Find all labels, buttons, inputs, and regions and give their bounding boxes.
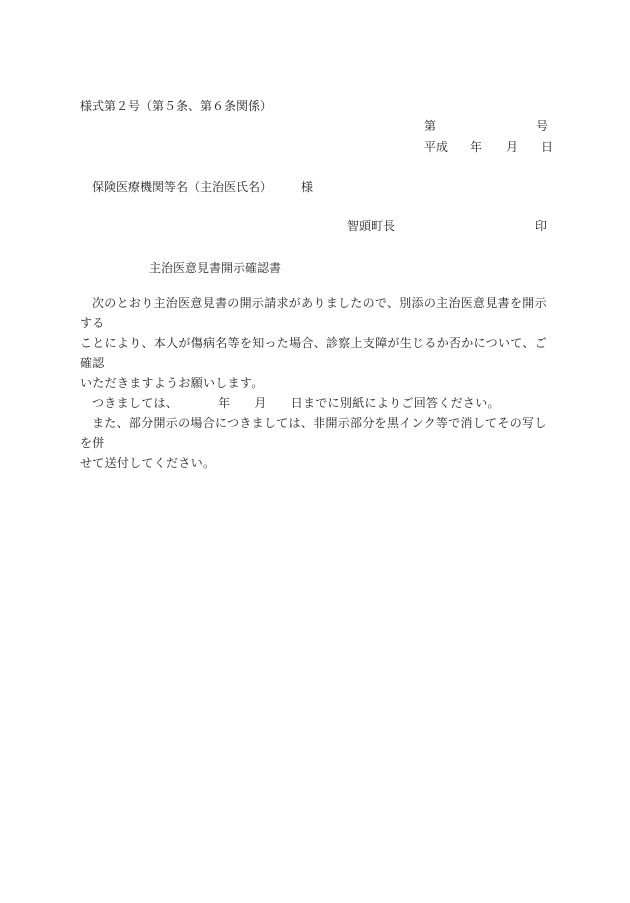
document-title: 主治医意見書開示確認書 [149,259,281,276]
paragraph-3-line-1: また、部分開示の場合につきましては、非開示部分を黒インク等で消してその写しを併 [80,413,552,453]
paragraph-3-line-2: せて送付してください。 [80,453,552,473]
paragraph-1-line-1: 次のとおり主治医意見書の開示請求がありましたので、別添の主治医意見書を開示する [80,293,552,333]
doc-number-suffix: 号 [536,117,548,134]
reply-year: 年 [218,396,230,410]
paragraph-2: つきましては、年月日までに別紙によりご回答ください。 [80,393,552,413]
seal-mark: 印 [535,217,547,234]
paragraph-1-line-2: ことにより、本人が傷病名等を知った場合、診察上支障が生じるか否かについて、ご確認 [80,333,552,373]
date-month: 月 [506,138,518,155]
paragraph-1-line-3: いただきますようお願いします。 [80,373,552,393]
date-era: 平成 [424,138,448,155]
sender-title: 智頭町長 [347,217,395,234]
date-year: 年 [470,138,482,155]
form-header: 様式第２号（第５条、第６条関係） [80,97,272,114]
date-day: 日 [541,138,553,155]
addressee-honorific: 様 [301,178,313,195]
addressee-label: 保険医療機関等名（主治医氏名） [92,178,272,195]
paragraph-2-start: つきましては、 [92,396,178,410]
reply-month: 月 [254,396,266,410]
body-text: 次のとおり主治医意見書の開示請求がありましたので、別添の主治医意見書を開示する … [80,293,552,473]
paragraph-2-end: 日までに別紙によりご回答ください。 [291,396,500,410]
doc-number-prefix: 第 [424,117,436,134]
